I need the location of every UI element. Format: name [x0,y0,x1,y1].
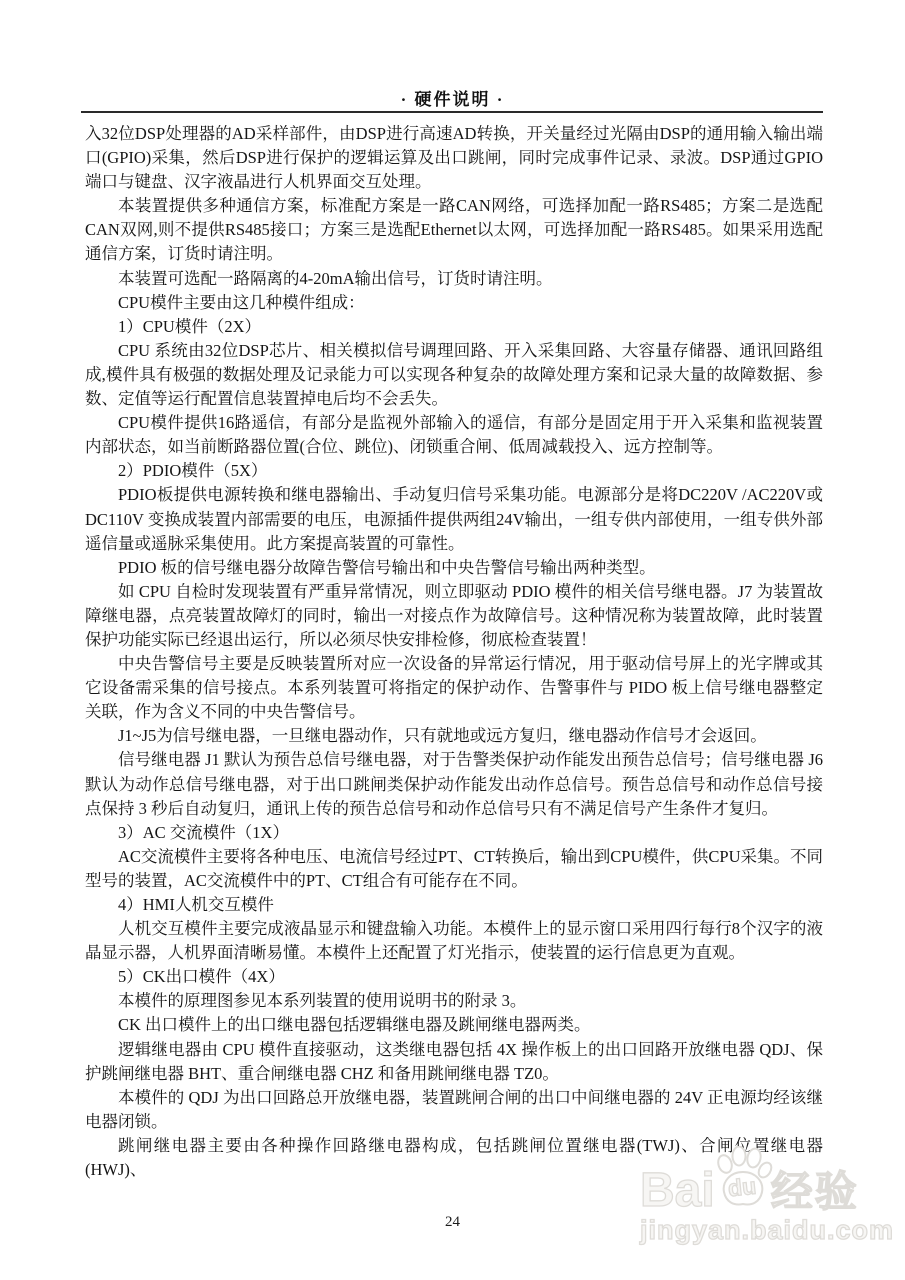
paragraph: CPU 系统由32位DSP芯片、相关模拟信号调理回路、开入采集回路、大容量存储器… [85,339,823,411]
paragraph: 跳闸继电器主要由各种操作回路继电器构成，包括跳闸位置继电器(TWJ)、合闸位置继… [85,1134,823,1182]
section-heading-ac-module: 3）AC 交流模件（1X） [85,821,823,845]
paragraph: CPU模件主要由这几种模件组成： [85,291,823,315]
section-heading-pdio-module: 2）PDIO模件（5X） [85,459,823,483]
paragraph: AC交流模件主要将各种电压、电流信号经过PT、CT转换后，输出到CPU模件，供C… [85,845,823,893]
paragraph: 本装置可选配一路隔离的4-20mA输出信号，订货时请注明。 [85,267,823,291]
paragraph: PDIO板提供电源转换和继电器输出、手动复归信号采集功能。电源部分是将DC220… [85,483,823,555]
document-body: 入32位DSP处理器的AD采样部件，由DSP进行高速AD转换，开关量经过光隔由D… [85,122,823,1182]
paragraph: 本模件的原理图参见本系列装置的使用说明书的附录 3。 [85,989,823,1013]
paragraph: 本模件的 QDJ 为出口回路总开放继电器，装置跳闸合闸的出口中间继电器的 24V… [85,1086,823,1134]
section-heading-hmi-module: 4）HMI人机交互模件 [85,893,823,917]
paragraph: 如 CPU 自检时发现装置有严重异常情况，则立即驱动 PDIO 模件的相关信号继… [85,580,823,652]
paragraph: 人机交互模件主要完成液晶显示和键盘输入功能。本模件上的显示窗口采用四行每行8个汉… [85,917,823,965]
paragraph: 本装置提供多种通信方案，标准配方案是一路CAN网络，可选择加配一路RS485；方… [85,194,823,266]
paragraph: 信号继电器 J1 默认为预告总信号继电器，对于告警类保护动作能发出预告总信号；信… [85,748,823,820]
paragraph: PDIO 板的信号继电器分故障告警信号输出和中央告警信号输出两种类型。 [85,556,823,580]
document-page: · 硬件说明 · 入32位DSP处理器的AD采样部件，由DSP进行高速AD转换，… [0,0,905,1280]
header-divider-line [81,111,823,113]
page-number: 24 [0,1214,905,1231]
paragraph: CPU模件提供16路遥信，有部分是监视外部输入的遥信，有部分是固定用于开入采集和… [85,411,823,459]
section-heading-ck-module: 5）CK出口模件（4X） [85,965,823,989]
page-header-title: · 硬件说明 · [0,85,905,110]
paragraph: CK 出口模件上的出口继电器包括逻辑继电器及跳闸继电器两类。 [85,1013,823,1037]
paragraph: 入32位DSP处理器的AD采样部件，由DSP进行高速AD转换，开关量经过光隔由D… [85,122,823,194]
paragraph: 中央告警信号主要是反映装置所对应一次设备的异常运行情况，用于驱动信号屏上的光字牌… [85,652,823,724]
section-heading-cpu-module: 1）CPU模件（2X） [85,315,823,339]
paragraph: J1~J5为信号继电器，一旦继电器动作，只有就地或远方复归，继电器动作信号才会返… [85,724,823,748]
paragraph: 逻辑继电器由 CPU 模件直接驱动，这类继电器包括 4X 操作板上的出口回路开放… [85,1038,823,1086]
